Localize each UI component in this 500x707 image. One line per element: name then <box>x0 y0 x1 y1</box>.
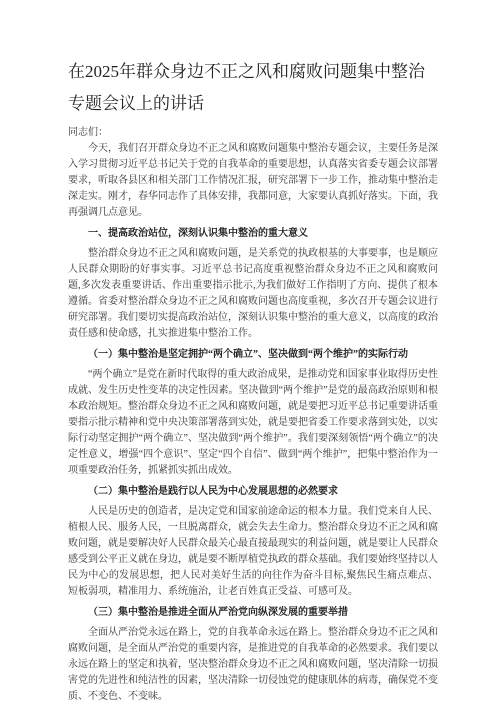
paragraph: “两个确立”是党在新时代取得的重大政治成果，是推动党和国家事业取得历史性成就、发… <box>68 367 438 479</box>
sub-section-heading: （三）集中整治是推进全面从严治党向纵深发展的重要举措 <box>68 605 438 621</box>
paragraph: 整治群众身边不正之风和腐败问题，是关系党的执政根基的大事要事，也是顺应人民群众期… <box>68 246 438 342</box>
paragraph: 人民是历史的创造者，是决定党和国家前途命运的根本力量。我们党来自人民、植根人民、… <box>68 504 438 600</box>
document-body: 今天，我们召开群众身边不正之风和腐败问题集中整治专题会议，主要任务是深入学习贯彻… <box>68 141 438 705</box>
paragraph: 今天，我们召开群众身边不正之风和腐败问题集中整治专题会议，主要任务是深入学习贯彻… <box>68 141 438 221</box>
paragraph: 全面从严治党永远在路上，党的自我革命永远在路上。整治群众身边不正之风和腐败问题，… <box>68 625 438 705</box>
document-title: 在2025年群众身边不正之风和腐败问题集中整治专题会议上的讲话 <box>68 56 438 120</box>
sub-section-heading: （二）集中整治是践行以人民为中心发展思想的必然要求 <box>68 484 438 500</box>
document-page: 在2025年群众身边不正之风和腐败问题集中整治专题会议上的讲话 同志们： 今天，… <box>0 0 500 707</box>
section-heading: 一、提高政治站位，深刻认识集中整治的重大意义 <box>68 226 438 242</box>
salutation: 同志们： <box>68 125 438 141</box>
sub-section-heading: （一）集中整治是坚定拥护“两个确立”、坚决做到“两个维护”的实际行动 <box>68 347 438 363</box>
